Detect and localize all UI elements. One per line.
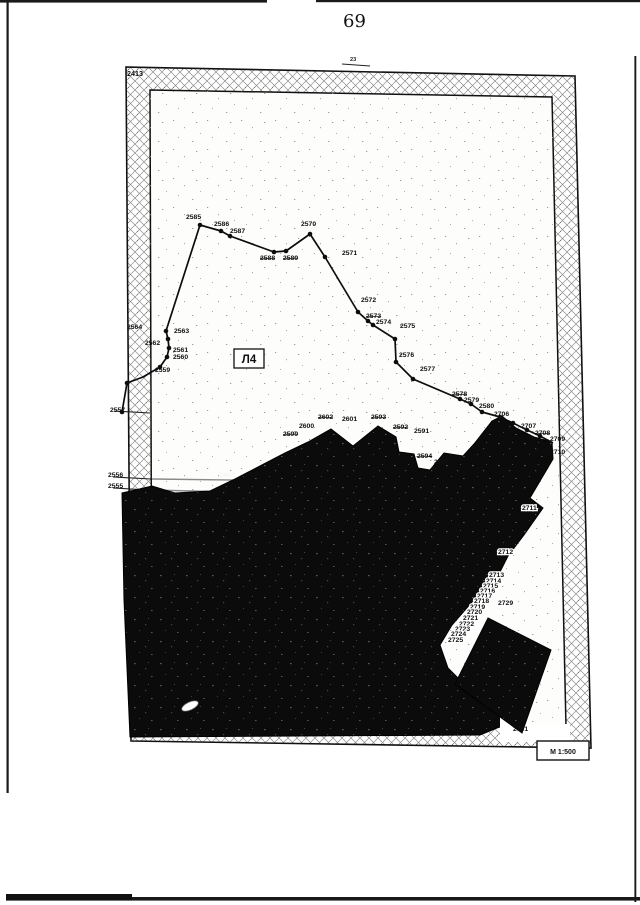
region-label: Л4 <box>242 354 257 366</box>
point-label: 2595 <box>434 459 449 466</box>
boundary-point-dot <box>165 355 170 360</box>
point-label: 2603 <box>220 472 235 479</box>
point-label: 2560 <box>173 354 188 361</box>
point-label: 2709 <box>550 436 565 443</box>
point-label: 2555 <box>108 483 123 490</box>
boundary-point-dot <box>308 232 313 237</box>
point-label: 2574 <box>376 319 391 326</box>
point-label: 2561 <box>173 347 188 354</box>
boundary-point-dot <box>125 381 130 386</box>
point-label: 2587 <box>230 228 245 235</box>
document-page: 69 <box>0 0 640 905</box>
point-label: 2570 <box>301 221 316 228</box>
point-label: 2712 <box>498 549 513 556</box>
point-label: 2557 <box>110 407 125 414</box>
point-label: 2563 <box>174 328 189 335</box>
point-label: 2594 <box>417 453 432 460</box>
point-label: 2601 <box>342 416 357 423</box>
boundary-point-dot <box>371 323 376 328</box>
point-label: 2599 <box>283 431 298 438</box>
point-label: 2725 <box>448 637 463 644</box>
boundary-point-dot <box>219 229 224 234</box>
point-label: 2593 <box>371 414 386 421</box>
cadastral-map: 2585258625872588258925702571257225732574… <box>0 0 640 905</box>
boundary-point-dot <box>411 377 416 382</box>
point-label: 2562 <box>145 340 160 347</box>
point-label: 2577 <box>420 366 435 373</box>
point-label: 2572 <box>361 297 376 304</box>
point-label: 2731 <box>513 726 528 733</box>
boundary-point-dot <box>284 249 289 254</box>
boundary-point-dot <box>511 421 516 426</box>
region-label-box: Л4 <box>234 349 264 368</box>
boundary-point-dot <box>167 346 172 351</box>
boundary-point-dot <box>323 255 328 260</box>
scale-box: М 1:500 <box>537 741 589 760</box>
boundary-point-dot <box>480 410 485 415</box>
point-label: 2729 <box>498 600 513 607</box>
point-label: 2556 <box>108 472 123 479</box>
point-label: 2585 <box>186 214 201 221</box>
boundary-point-dot <box>393 337 398 342</box>
point-label: 2579 <box>464 397 479 404</box>
point-label: 2586 <box>214 221 229 228</box>
boundary-point-dot <box>272 250 277 255</box>
point-label: 2576 <box>399 352 414 359</box>
point-label: 2707 <box>521 423 536 430</box>
frame-corner-label: 2413 <box>127 69 143 78</box>
point-label: 2575 <box>400 323 415 330</box>
boundary-point-dot <box>356 310 361 315</box>
boundary-point-dot <box>394 360 399 365</box>
boundary-point-dot <box>198 223 203 228</box>
point-label: 2559 <box>155 367 170 374</box>
frame-top-tick-label: 23 <box>350 57 356 63</box>
point-label: 2571 <box>342 250 357 257</box>
point-label: 2711 <box>522 505 537 512</box>
point-label: 2708 <box>535 430 550 437</box>
point-label: 2592 <box>393 424 408 431</box>
scale-label: М 1:500 <box>550 749 576 756</box>
point-label: 2588 <box>260 255 275 262</box>
point-label: 2602 <box>318 414 333 421</box>
point-label: 2564 <box>127 324 142 331</box>
point-label: 2706 <box>494 411 509 418</box>
point-label: 2580 <box>479 403 494 410</box>
point-label: 2591 <box>414 428 429 435</box>
boundary-point-dot <box>166 337 171 342</box>
point-label: 2589 <box>283 255 298 262</box>
point-label: 2600 <box>299 423 314 430</box>
point-label: 2710 <box>550 449 565 456</box>
boundary-point-dot <box>164 329 169 334</box>
